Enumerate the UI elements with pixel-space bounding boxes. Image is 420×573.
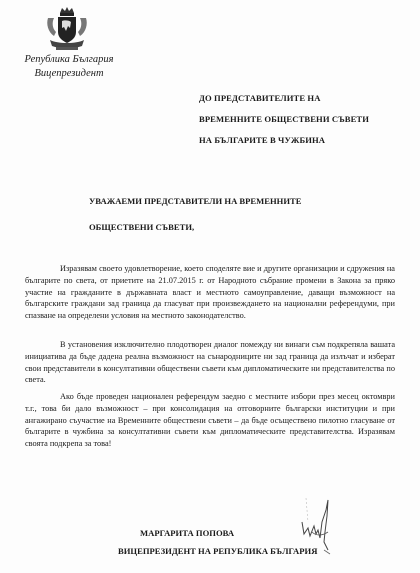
salutation: УВАЖАЕМИ ПРЕДСТАВИТЕЛИ НА ВРЕМЕННИТЕ ОБЩ… [89, 188, 302, 240]
salutation-line: ОБЩЕСТВЕНИ СЪВЕТИ, [89, 214, 302, 240]
coat-of-arms-icon [42, 4, 92, 52]
issuer-office: Вицепрезидент [14, 68, 124, 79]
signatory-title: ВИЦЕПРЕЗИДЕНТ НА РЕПУБЛИКА БЪЛГАРИЯ [118, 546, 317, 556]
paragraph-text: Изразявам своето удовлетворение, което с… [25, 263, 395, 322]
salutation-line: УВАЖАЕМИ ПРЕДСТАВИТЕЛИ НА ВРЕМЕННИТЕ [89, 188, 302, 214]
paragraph-text: В установения изключително плодотворен д… [25, 339, 395, 386]
signatory-name: МАРГАРИТА ПОПОВА [140, 528, 234, 538]
letter-page: Република България Вицепрезидент ДО ПРЕД… [0, 0, 420, 573]
issuer-country: Република България [14, 54, 124, 65]
addressee-block: ДО ПРЕДСТАВИТЕЛИТЕ НА ВРЕМЕННИТЕ ОБЩЕСТВ… [199, 88, 369, 151]
handwritten-signature-icon [298, 492, 358, 572]
addressee-line: ДО ПРЕДСТАВИТЕЛИТЕ НА [199, 88, 369, 109]
addressee-line: ВРЕМЕННИТЕ ОБЩЕСТВЕНИ СЪВЕТИ [199, 109, 369, 130]
paragraph-text: Ако бъде проведен национален референдум … [25, 391, 395, 450]
body-paragraph: В установения изключително плодотворен д… [25, 339, 395, 386]
body-paragraph: Изразявам своето удовлетворение, което с… [25, 263, 395, 322]
body-paragraph: Ако бъде проведен национален референдум … [25, 391, 395, 450]
addressee-line: НА БЪЛГАРИТЕ В ЧУЖБИНА [199, 130, 369, 151]
